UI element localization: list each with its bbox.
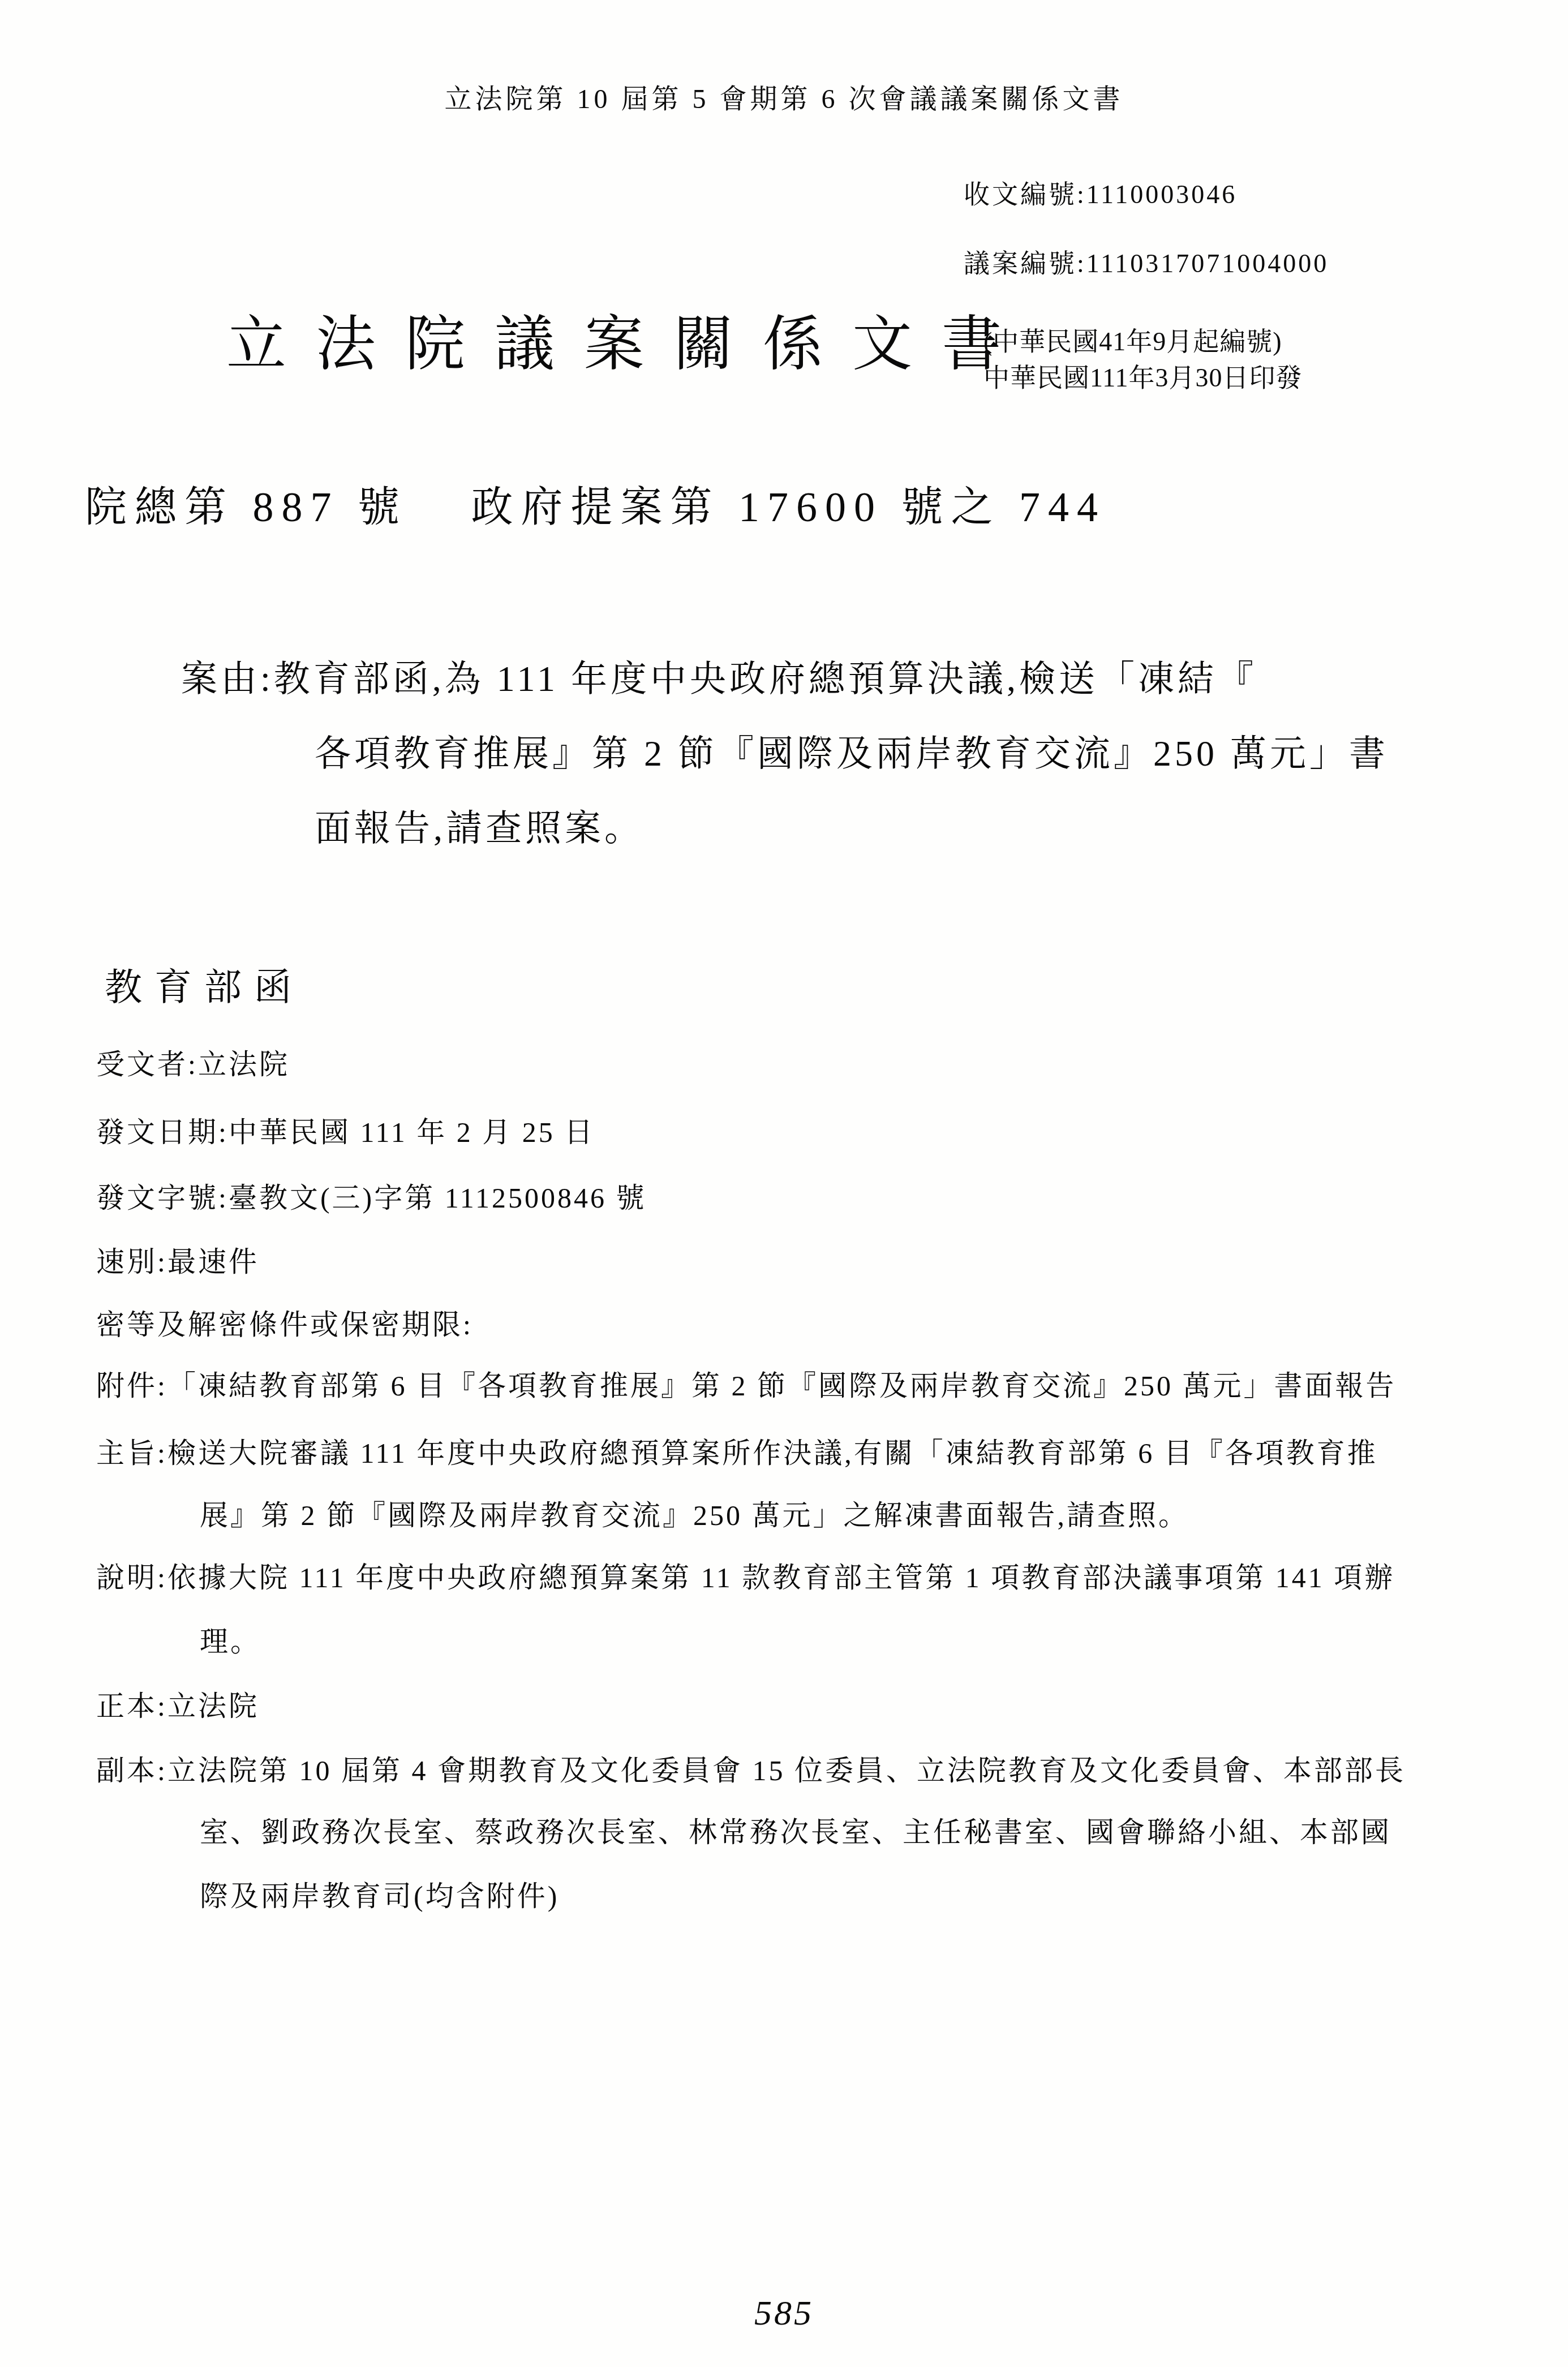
receipt-number: 收文編號:1110003046 [964,180,1237,210]
government-proposal-number: 政府提案第 17600 號之 744 [471,484,1106,531]
cc-line-1: 副本:立法院第 10 屆第 4 會期教育及文化委員會 15 位委員、立法院教育及… [96,1755,1406,1788]
field-security-classification: 密等及解密條件或保密期限: [96,1309,473,1342]
masthead-note-numbering: (中華民國41年9月起編號) [983,327,1282,357]
field-original-copy: 正本:立法院 [96,1690,259,1723]
page-number: 585 [0,2293,1568,2334]
field-issue-date: 發文日期:中華民國 111 年 2 月 25 日 [96,1116,595,1149]
case-summary-line-2: 各項教育推展』第 2 節『國際及兩岸教育交流』250 萬元」書 [315,733,1389,775]
field-reference-number: 發文字號:臺教文(三)字第 1112500846 號 [96,1182,646,1215]
letter-title: 教育部函 [105,966,304,1009]
field-priority: 速別:最速件 [96,1246,259,1279]
session-header: 立法院第 10 屆第 5 會期第 6 次會議議案關係文書 [0,84,1568,115]
document-page: 立法院第 10 屆第 5 會期第 6 次會議議案關係文書 收文編號:111000… [0,0,1568,2367]
case-summary-line-1: 案由:教育部函,為 111 年度中央政府總預算決議,檢送「凍結『 [181,658,1257,700]
bill-number: 議案編號:1110317071004000 [964,249,1329,279]
cc-line-3: 際及兩岸教育司(均含附件) [200,1880,559,1913]
field-recipient: 受文者:立法院 [96,1049,290,1081]
masthead-note-print-date: 中華民國111年3月30日印發 [983,363,1303,393]
yuan-general-number: 院總第 887 號 [85,484,407,531]
cc-line-2: 室、劉政務次長室、蔡政務次長室、林常務次長室、主任秘書室、國會聯絡小組、本部國 [200,1816,1391,1849]
masthead-title: 立法院議案關係文書 [226,310,1031,379]
field-attachment: 附件:「凍結教育部第 6 目『各項教育推展』第 2 節『國際及兩岸教育交流』25… [96,1370,1396,1403]
subject-line-2: 展』第 2 節『國際及兩岸教育交流』250 萬元」之解凍書面報告,請查照。 [200,1500,1189,1532]
case-number-row: 院總第 887 號 政府提案第 17600 號之 744 [85,484,1106,532]
subject-line-1: 主旨:檢送大院審議 111 年度中央政府總預算案所作決議,有關「凍結教育部第 6… [96,1437,1378,1470]
description-line-1: 說明:依據大院 111 年度中央政府總預算案第 11 款教育部主管第 1 項教育… [96,1562,1395,1595]
description-line-2: 理。 [200,1626,261,1659]
case-summary-line-3: 面報告,請查照案。 [315,807,644,849]
